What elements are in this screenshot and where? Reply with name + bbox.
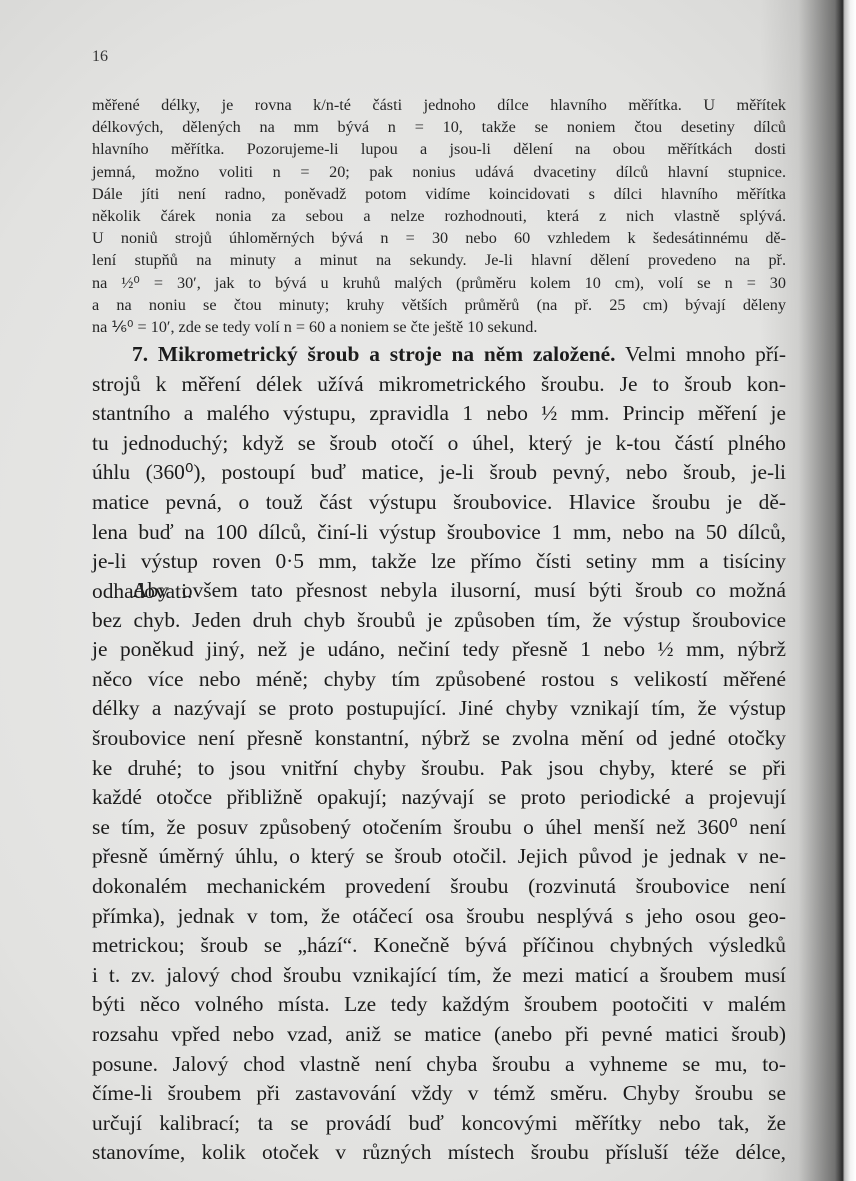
text-line: ke druhé; to jsou vnitřní chyby šroubu. … xyxy=(92,754,786,784)
text-line: hlavního měřítka. Pozorujeme-li lupou a … xyxy=(92,138,786,160)
text-line: něco více nebo méně; chyby tím způsobené… xyxy=(92,665,786,695)
text-line: U noniů strojů úhloměrných bývá n = 30 n… xyxy=(92,227,786,249)
text-line: číme-li šroubem při zastavování vždy v t… xyxy=(92,1079,786,1109)
text-line: každé otočce přibližně opakují; nazývají… xyxy=(92,783,786,813)
text-line: tu jednoduchý; když se šroub otočí o úhe… xyxy=(92,429,786,459)
text-line: rozsahu vpřed nebo vzad, aniž se matice … xyxy=(92,1020,786,1050)
text-line: a na noniu se čtou minuty; kruhy větších… xyxy=(92,294,786,316)
text-line: dokonalém mechanickém provedení šroubu (… xyxy=(92,872,786,902)
text-line: měřené délky, je rovna k/n-té části jedn… xyxy=(92,94,786,116)
text-line: délky a nazývají se proto postupující. J… xyxy=(92,694,786,724)
text-line: délkových, dělených na mm bývá n = 10, t… xyxy=(92,116,786,138)
text-line: i t. zv. jalový chod šroubu vznikající t… xyxy=(92,961,786,991)
text-line: na ½⁰ = 30′, jak to bývá u kruhů malých … xyxy=(92,272,786,294)
section-heading: 7. Mikrometrický šroub a stroje na něm z… xyxy=(132,342,616,366)
text-line: posune. Jalový chod vlastně není chyba š… xyxy=(92,1050,786,1080)
text-line: metrickou; šroub se „hází“. Konečně bývá… xyxy=(92,931,786,961)
page-edge-shadow xyxy=(760,0,856,1181)
text-line: strojů k měření délek užívá mikrometrick… xyxy=(92,370,786,400)
text-line: býti něco volného místa. Lze tedy každým… xyxy=(92,990,786,1020)
text-line: bez chyb. Jeden druh chyb šroubů je způs… xyxy=(92,606,786,636)
text-line: úhlu (360⁰), postoupí buď matice, je-li … xyxy=(92,458,786,488)
text-line: určují kalibrací; ta se provádí buď konc… xyxy=(92,1109,786,1139)
text-line: Aby ovšem tato přesnost nebyla ilusorní,… xyxy=(92,576,786,606)
page-number: 16 xyxy=(92,48,108,66)
text-line: přesně úměrný úhlu, o který se šroub oto… xyxy=(92,842,786,872)
section-7-micrometer-screw: 7. Mikrometrický šroub a stroje na něm z… xyxy=(92,340,786,606)
paragraph-screw-errors: Aby ovšem tato přesnost nebyla ilusorní,… xyxy=(92,576,786,1168)
text-line: stanovíme, kolik otoček v různých místec… xyxy=(92,1138,786,1168)
section-heading-line: 7. Mikrometrický šroub a stroje na něm z… xyxy=(92,340,786,370)
text-line: stantního a malého výstupu, zpravidla 1 … xyxy=(92,399,786,429)
text-line: je-li výstup roven 0·5 mm, takže lze pří… xyxy=(92,547,786,577)
text-line: lena buď na 100 dílců, činí-li výstup šr… xyxy=(92,518,786,548)
text-line: přímka), jednak v tom, že otáčecí osa šr… xyxy=(92,902,786,932)
text-line: se tím, že posuv způsobený otočením šrou… xyxy=(92,813,786,843)
text-line: matice pevná, o touž část výstupu šroubo… xyxy=(92,488,786,518)
text-line: Dále jíti není radno, poněvadž potom vid… xyxy=(92,183,786,205)
text-line: je poněkud jiný, než je udáno, nečiní te… xyxy=(92,635,786,665)
paragraph-vernier-continuation: měřené délky, je rovna k/n-té části jedn… xyxy=(92,94,786,338)
text-line: šroubovice není přesně konstantní, nýbrž… xyxy=(92,724,786,754)
text-line: jemná, možno voliti n = 20; pak nonius u… xyxy=(92,161,786,183)
scanned-book-page: 16 měřené délky, je rovna k/n-té části j… xyxy=(0,0,856,1181)
text-line: lení stupňů na minuty a minut na sekundy… xyxy=(92,249,786,271)
text-line: na ⅙⁰ = 10′, zde se tedy volí n = 60 a n… xyxy=(92,316,786,338)
text-line: několik čárek nonia za sebou a nelze roz… xyxy=(92,205,786,227)
